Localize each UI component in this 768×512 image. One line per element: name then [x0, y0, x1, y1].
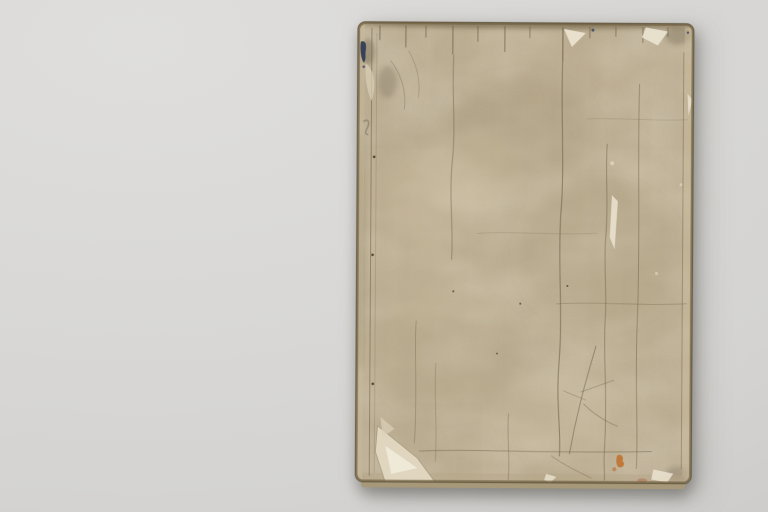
ink-speck: [591, 29, 594, 32]
photo-stage: [0, 0, 768, 512]
stitch-hole: [373, 155, 376, 158]
book: [354, 21, 695, 493]
ink-speck: [687, 32, 689, 34]
stitch-hole: [371, 382, 374, 385]
book-cover: [355, 21, 695, 484]
book-photo-svg: [354, 21, 695, 493]
stitch-hole: [371, 253, 374, 256]
